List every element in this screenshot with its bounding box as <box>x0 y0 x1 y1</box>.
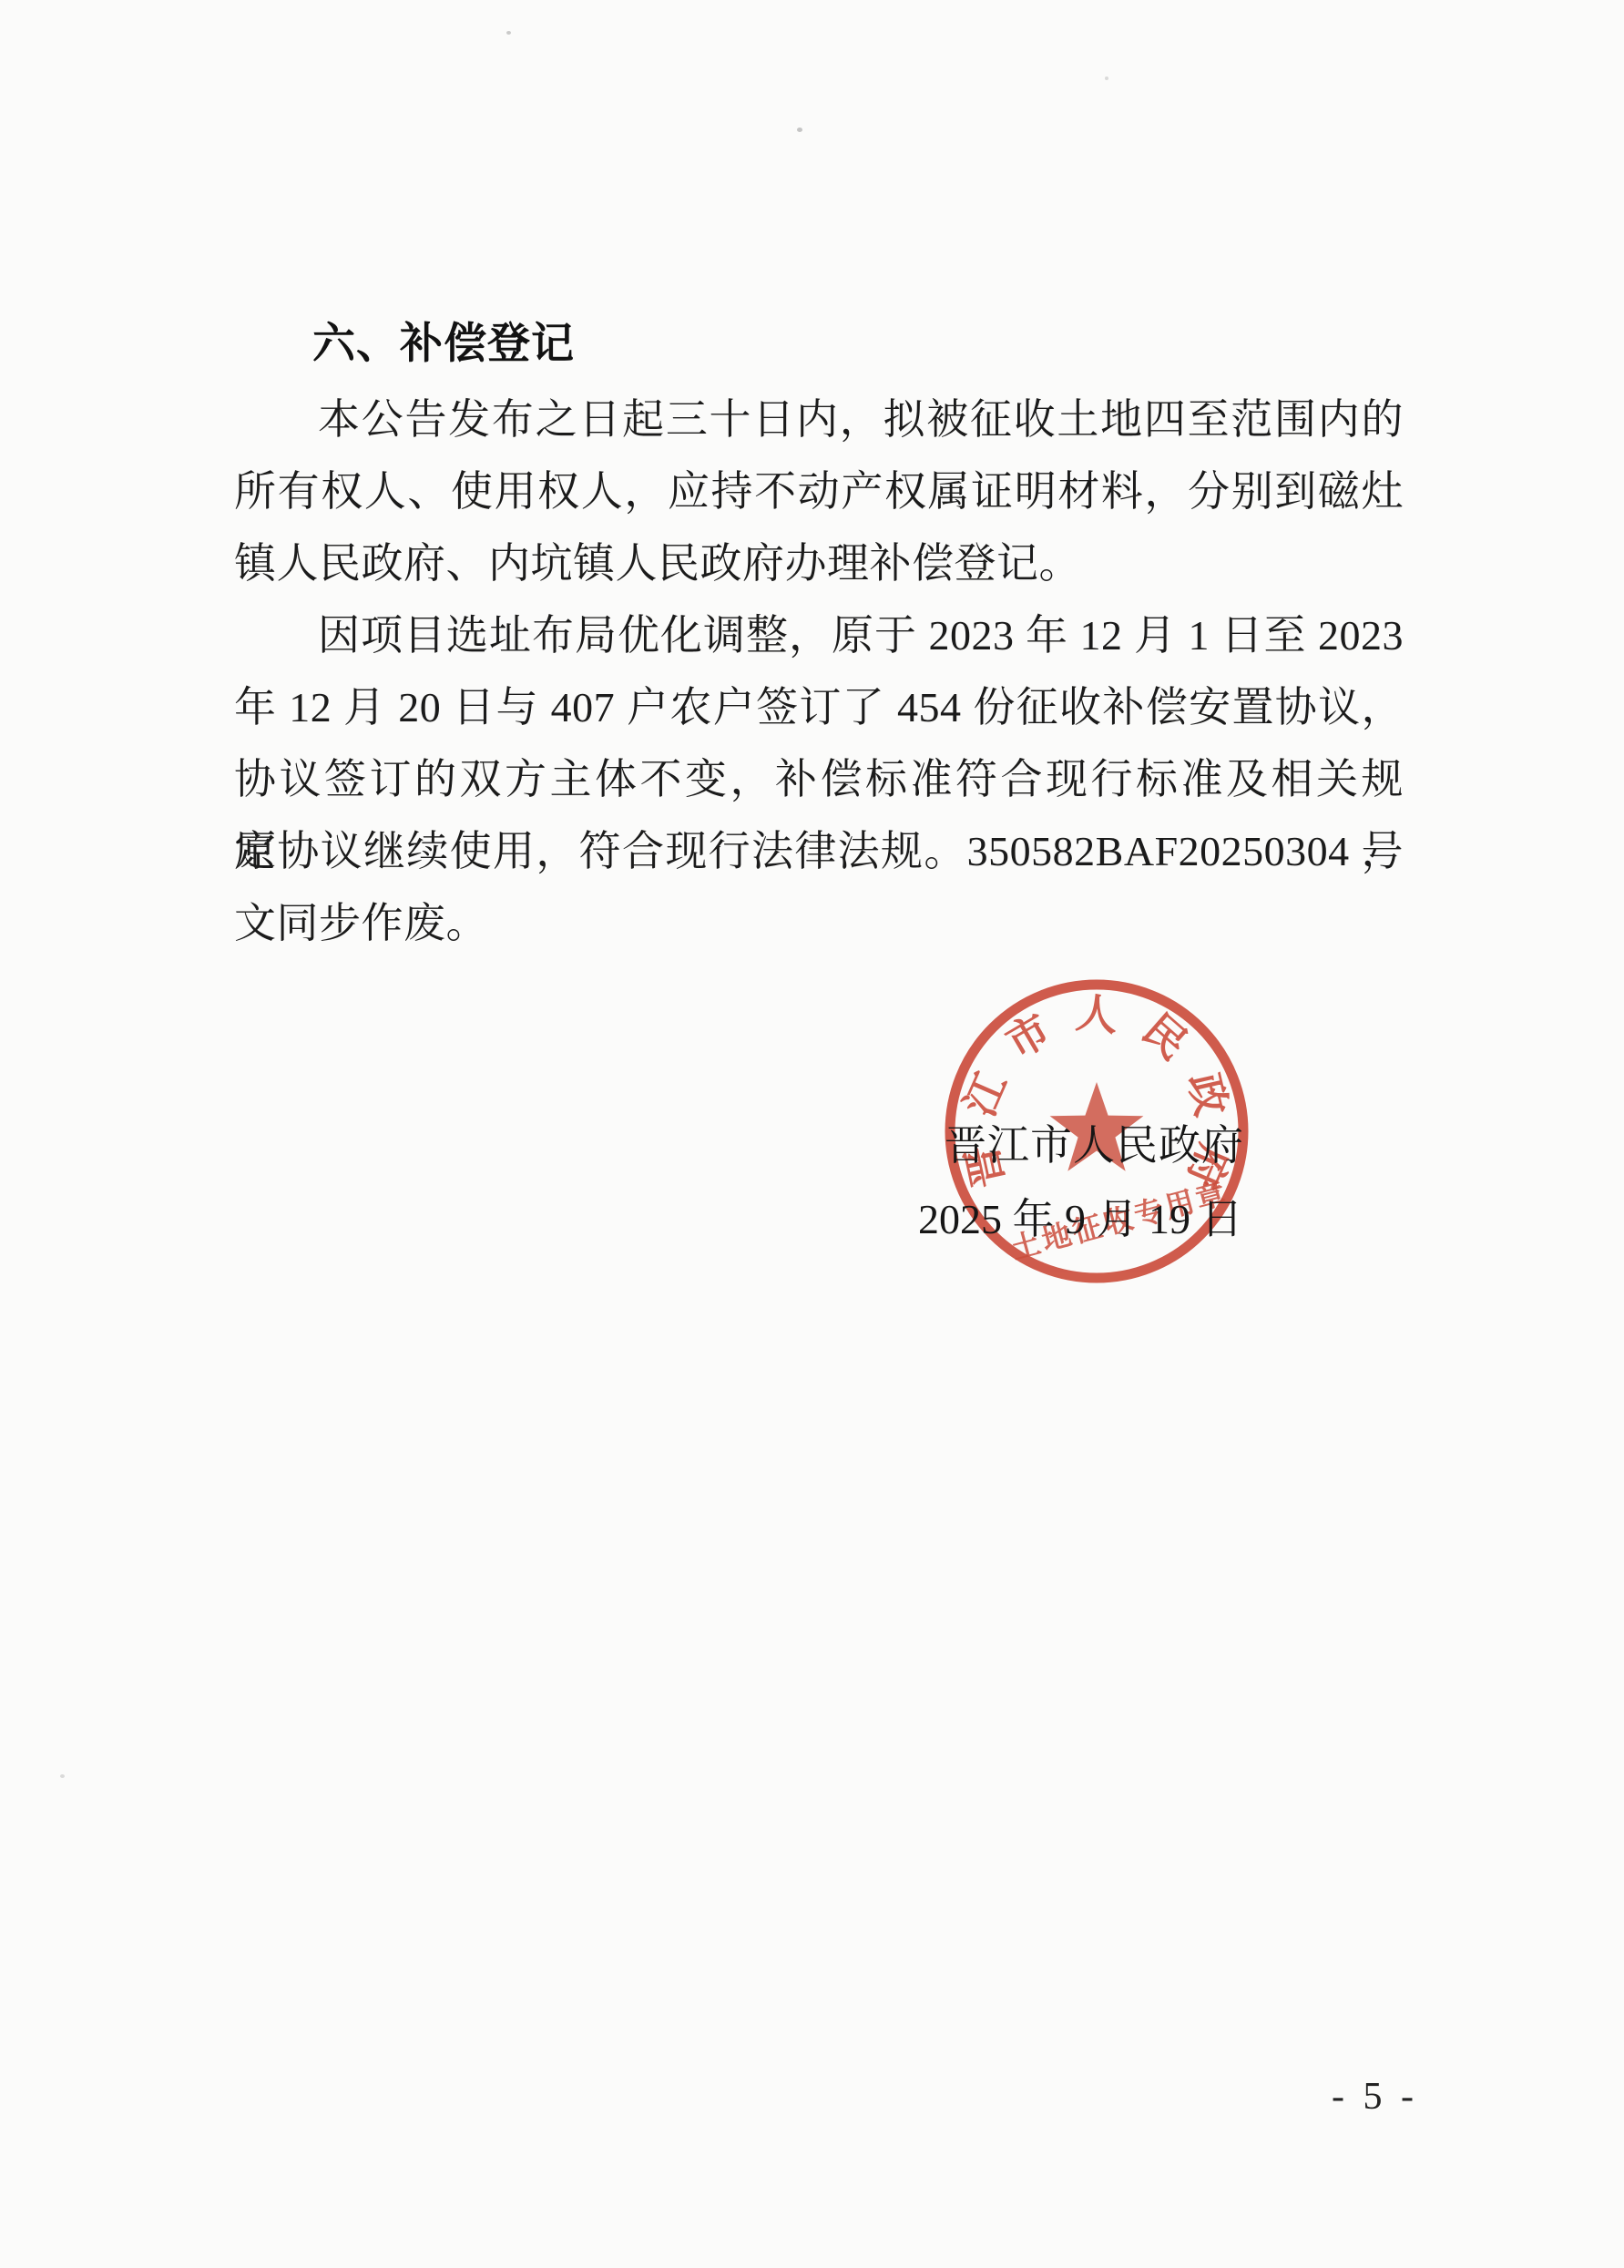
paragraph-line: 因项目选址布局优化调整，原于 2023 年 12 月 1 日至 2023 <box>234 599 1404 671</box>
paragraph-line: 年 12 月 20 日与 407 户农户签订了 454 份征收补偿安置协议， <box>234 671 1404 743</box>
scan-speck <box>1105 77 1108 80</box>
paragraph-line: 协议签订的双方主体不变，补偿标准符合现行标准及相关规定， <box>234 743 1404 815</box>
scan-speck <box>797 128 802 132</box>
paragraph-line: 镇人民政府、内坑镇人民政府办理补偿登记。 <box>234 527 1404 599</box>
issue-date: 2025 年 9 月 19 日 <box>918 1197 1243 1242</box>
document-page: 六、补偿登记 本公告发布之日起三十日内，拟被征收土地四至范围内的 所有权人、使用… <box>0 0 1624 2268</box>
scan-speck <box>60 1774 65 1778</box>
section-heading: 六、补偿登记 <box>312 320 575 367</box>
paragraph-line: 本公告发布之日起三十日内，拟被征收土地四至范围内的 <box>234 383 1404 455</box>
paragraph-line: 所有权人、使用权人，应持不动产权属证明材料，分别到磁灶 <box>234 455 1404 527</box>
paragraph-line: 原协议继续使用，符合现行法律法规。350582BAF20250304 号 <box>234 815 1404 887</box>
body-paragraphs: 本公告发布之日起三十日内，拟被征收土地四至范围内的 所有权人、使用权人，应持不动… <box>234 383 1404 959</box>
page-number: - 5 - <box>1332 2076 1414 2118</box>
scan-speck <box>506 31 511 35</box>
paragraph-line: 文同步作废。 <box>234 887 1404 959</box>
issuer-signature: 晋江市人民政府 <box>945 1123 1244 1169</box>
